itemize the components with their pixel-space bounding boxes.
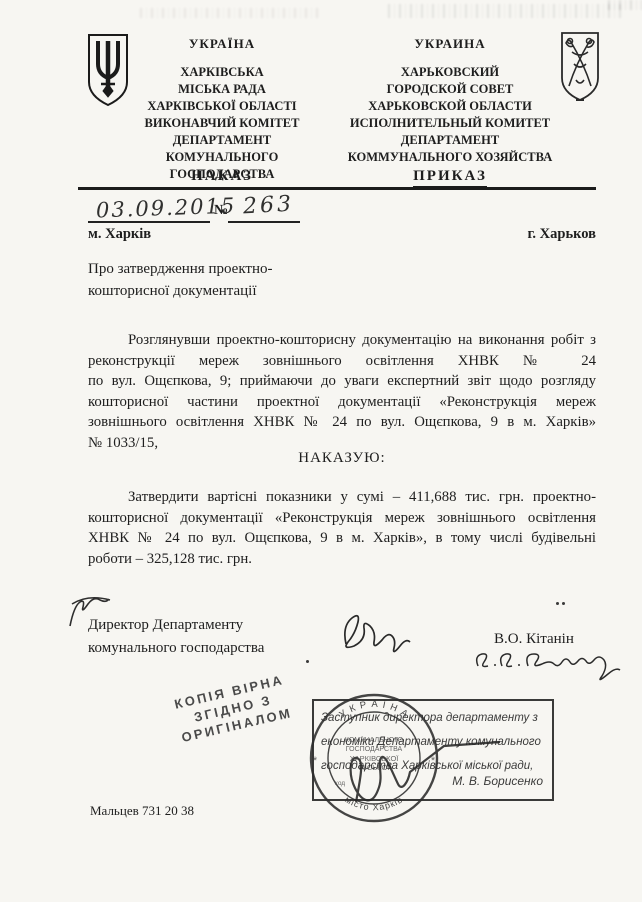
country-label-ua: УКРАЇНА <box>116 36 328 52</box>
seal-inner-line: МІСЬКОЇ <box>359 763 391 772</box>
body-line: роботи – 325,128 тис. грн. <box>88 549 596 570</box>
org-line: ИСПОЛНИТЕЛЬНЫЙ КОМИТЕТ <box>344 115 556 132</box>
header-rule <box>78 187 596 190</box>
org-line: МІСЬКА РАДА <box>116 81 328 98</box>
signer-title: Директор Департаменту комунального госпо… <box>88 614 264 660</box>
executor-phone: Мальцев 731 20 38 <box>90 803 194 819</box>
copy-stamp: КОПІЯ ВІРНА ЗГІДНО З ОРИГІНАЛОМ <box>154 667 312 750</box>
signer-title-line: комунального господарства <box>88 637 264 660</box>
ink-dot <box>556 602 559 605</box>
number-sign: № <box>214 203 228 219</box>
city-ru: г. Харьков <box>527 226 596 243</box>
org-line: ХАРКІВСЬКА <box>116 64 328 81</box>
subject-line: Про затвердження проектно- <box>88 258 272 280</box>
doc-type-nakaz: НАКАЗ <box>116 168 328 185</box>
paragraph-2: Затвердити вартісні показники у сумі – 4… <box>88 487 596 569</box>
city-ua: м. Харків <box>88 226 151 243</box>
org-line: КОММУНАЛЬНОГО ХОЗЯЙСТВА <box>344 149 556 166</box>
org-line: ВИКОНАВЧИЙ КОМІТЕТ <box>116 115 328 132</box>
paragraph-1: Розглянувши проектно-кошторисну документ… <box>88 330 596 453</box>
ink-dot <box>562 602 565 605</box>
body-line: реконструкції мереж зовнішнього освітлен… <box>88 351 596 372</box>
org-line: ГОРОДСКОЙ СОВЕТ <box>344 81 556 98</box>
body-line: кошторисної документації «Реконструкція … <box>88 508 596 529</box>
handwritten-second-signature <box>472 644 622 684</box>
doc-type-prikaz: ПРИКАЗ <box>344 168 556 185</box>
seal-inner-line: КОМУНАЛЬНОГО <box>345 737 404 744</box>
org-line: ХАРКІВСЬКОЇ ОБЛАСТІ <box>116 98 328 115</box>
body-line: зовнішнього освітлення ХНВК № 24 по вул.… <box>88 412 596 433</box>
org-line: ХАРЬКОВСКИЙ <box>344 64 556 81</box>
seal-asterisk: * <box>313 755 318 767</box>
org-line: ХАРЬКОВСКОЙ ОБЛАСТИ <box>344 98 556 115</box>
scan-noise <box>388 4 623 18</box>
country-label-ru: УКРАИНА <box>344 36 556 52</box>
org-line: ДЕПАРТАМЕНТ <box>344 132 556 149</box>
date-underline <box>88 221 210 223</box>
director-signature <box>332 604 416 662</box>
scan-noise <box>608 0 642 10</box>
body-line: Розглянувши проектно-кошторисну документ… <box>88 330 596 351</box>
svg-text:У К Р А Ї Н А: У К Р А Ї Н А <box>337 699 410 720</box>
seal-inner-line: ГОСПОДАРСТВА <box>346 746 403 753</box>
handwritten-number: 263 <box>242 192 294 220</box>
ink-dot <box>306 660 309 663</box>
body-line: по вул. Ощєпкова, 9; приймаючи до уваги … <box>88 371 596 392</box>
body-line: ХНВК № 24 по вул. Ощєпкова, 9 в м. Харкі… <box>88 528 596 549</box>
body-line: Затвердити вартісні показники у сумі – 4… <box>88 487 596 508</box>
kharkiv-coat-of-arms <box>556 30 604 108</box>
org-block-ru: ХАРЬКОВСКИЙ ГОРОДСКОЙ СОВЕТ ХАРЬКОВСКОЙ … <box>344 64 556 166</box>
signer-title-line: Директор Департаменту <box>88 614 264 637</box>
org-block-ua: ХАРКІВСЬКА МІСЬКА РАДА ХАРКІВСЬКОЇ ОБЛАС… <box>116 64 328 183</box>
number-underline <box>228 221 300 223</box>
subject-line: кошторисної документації <box>88 280 272 302</box>
scan-noise <box>140 8 320 18</box>
scanned-order-document: УКРАЇНА ХАРКІВСЬКА МІСЬКА РАДА ХАРКІВСЬК… <box>0 0 642 902</box>
subject-block: Про затвердження проектно- кошторисної д… <box>88 258 272 302</box>
seal-top-arc-text: У К Р А Ї Н А <box>337 699 410 720</box>
seal-code-label: код <box>335 780 345 787</box>
order-word: НАКАЗУЮ: <box>88 450 596 467</box>
round-seal: У К Р А Ї Н А місто Харків КОМУНАЛЬНОГО … <box>304 684 554 864</box>
body-line: кошторисної частини проектної документац… <box>88 392 596 413</box>
org-line: ДЕПАРТАМЕНТ <box>116 132 328 149</box>
